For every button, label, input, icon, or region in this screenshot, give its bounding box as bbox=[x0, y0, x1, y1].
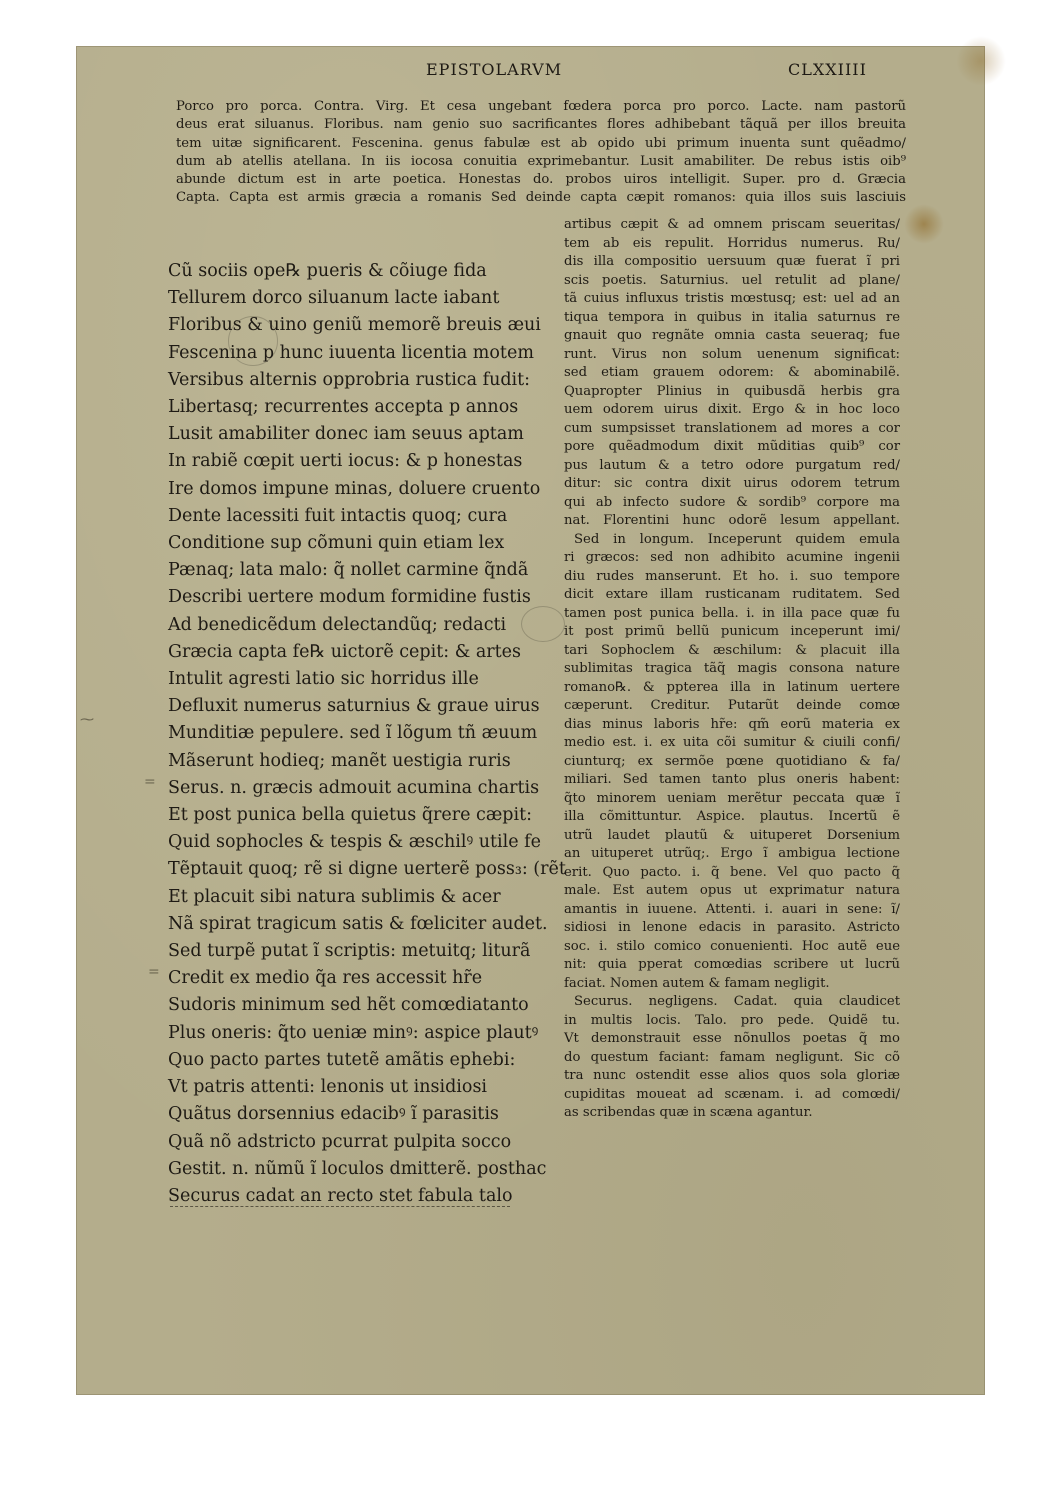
commentary-line: gnauit quo regnãte omnia casta seueraq; … bbox=[564, 327, 900, 346]
commentary-right: artibus cæpit & ad omnem priscam seuerit… bbox=[564, 216, 900, 1123]
commentary-line: uem odorem uirus dixit. Ergo & in hoc lo… bbox=[564, 401, 900, 420]
margin-pen-mark: = bbox=[148, 964, 160, 980]
commentary-line: diu rudes manserunt. Et ho. i. suo tempo… bbox=[564, 568, 900, 587]
verse-line: Describi uertere modum formidine fustis bbox=[168, 584, 558, 611]
commentary-line: soc. i. stilo comico conuenienti. Hoc au… bbox=[564, 938, 900, 957]
commentary-line: tiqua tempora in quibus in italia saturn… bbox=[564, 309, 900, 328]
verse-line: Quãtus dorsennius edacibꝰ ĩ parasitis bbox=[168, 1101, 558, 1128]
verse-line: Ire domos impune minas, doluere cruento bbox=[168, 476, 558, 503]
commentary-line: sublimitas tragica tãq̃ magis consona na… bbox=[564, 660, 900, 679]
commentary-line: Quapropter Plinius in quibusdã herbis gr… bbox=[564, 383, 900, 402]
verse-text: Cũ sociis ope℞ pueris & cõiuge fida Tell… bbox=[168, 258, 558, 1210]
verse-line: Cũ sociis ope℞ pueris & cõiuge fida bbox=[168, 258, 558, 285]
commentary-line: medio est. i. ex uita cõi sumitur & ciui… bbox=[564, 734, 900, 753]
commentary-line: tem uitæ significarent. Fescenina. genus… bbox=[176, 135, 906, 153]
commentary-line: qui ab infecto sudore & sordib⁹ corpore … bbox=[564, 494, 900, 513]
folio-number: CLXXIIII bbox=[788, 60, 867, 79]
running-head: EPISTOLARVM CLXXIIII bbox=[76, 60, 985, 86]
commentary-line: Vt demonstrauit esse nõnullos poetas q̃ … bbox=[564, 1030, 900, 1049]
verse-line: Lusit amabiliter donec iam seuus aptam bbox=[168, 421, 558, 448]
verse-line: Floribus & uino geniũ memorẽ breuis æui bbox=[168, 312, 558, 339]
commentary-line: cæperunt. Creditur. Putarũt deinde comœ bbox=[564, 697, 900, 716]
verse-line: Et post punica bella quietus q̃rere cæpi… bbox=[168, 802, 558, 829]
verse-line: Munditiæ pepulere. sed ĩ lõgum tñ æuum bbox=[168, 720, 558, 747]
verse-line: Mãserunt hodieq; manẽt uestigia ruris bbox=[168, 748, 558, 775]
margin-pen-mark: = bbox=[144, 774, 156, 790]
verse-line: Libertasq; recurrentes accepta p annos bbox=[168, 394, 558, 421]
commentary-line: do questum faciant: famam negligunt. Sic… bbox=[564, 1049, 900, 1068]
verse-end-rule bbox=[170, 1206, 510, 1207]
commentary-line: dias minus laboris hr̃e: qm̃ eorũ materi… bbox=[564, 716, 900, 735]
commentary-line: illa cõmittuntur. Aspice. plautus. Incer… bbox=[564, 808, 900, 827]
commentary-line: utrũ laudet plautũ & uituperet Dorsenium bbox=[564, 827, 900, 846]
commentary-line: Capta. Capta est armis græcia a romanis … bbox=[176, 189, 906, 207]
commentary-line: sidiosi in lenone edacis in parasito. As… bbox=[564, 919, 900, 938]
commentary-line: Porco pro porca. Contra. Virg. Et cesa u… bbox=[176, 98, 906, 116]
commentary-line: tã cuius influxus tristis mœstusq; est: … bbox=[564, 290, 900, 309]
verse-line: Versibus alternis opprobria rustica fudi… bbox=[168, 367, 558, 394]
commentary-line: erit. Quo pacto. i. q̃ bene. Vel quo pac… bbox=[564, 864, 900, 883]
verse-line: Dente lacessiti fuit intactis quoq; cura bbox=[168, 503, 558, 530]
commentary-line: deus erat siluanus. Floribus. nam genio … bbox=[176, 116, 906, 134]
verse-line: Sudoris minimum sed hẽt comœdiatanto bbox=[168, 992, 558, 1019]
commentary-line: amantis in iuuene. Attenti. i. auari in … bbox=[564, 901, 900, 920]
verse-line: Nã spirat tragicum satis & fœliciter aud… bbox=[168, 911, 558, 938]
verse-line: Gestit. n. nũmũ ĩ loculos dmitterẽ. post… bbox=[168, 1156, 558, 1183]
commentary-line: sed etiam grauem odorem: & abominabilẽ. bbox=[564, 364, 900, 383]
commentary-line: it post primũ bellũ punicum inceperunt i… bbox=[564, 623, 900, 642]
verse-line: Sed turpẽ putat ĩ scriptis: metuitq; lit… bbox=[168, 938, 558, 965]
verse-line: Quid sophocles & tespis & æschilꝰ utile … bbox=[168, 829, 558, 856]
verse-line: Tellurem dorco siluanum lacte iabant bbox=[168, 285, 558, 312]
verse-line: Credit ex medio q̃a res accessit hr̃e bbox=[168, 965, 558, 992]
water-stain bbox=[904, 204, 944, 244]
commentary-line: nat. Florentini hunc odorẽ lesum appella… bbox=[564, 512, 900, 531]
commentary-line: Sed in longum. Inceperunt quidem emula bbox=[564, 531, 900, 550]
verse-line: Vt patris attenti: lenonis ut insidiosi bbox=[168, 1074, 558, 1101]
commentary-line: runt. Virus non solum uenenum significat… bbox=[564, 346, 900, 365]
commentary-line: scis poetis. Saturnius. uel retulit ad p… bbox=[564, 272, 900, 291]
commentary-line: ri græcos: sed non adhibito acumine inge… bbox=[564, 549, 900, 568]
verse-line: Conditione sup cõmuni quin etiam lex bbox=[168, 530, 558, 557]
commentary-line: dum ab atellis atellana. In iis iocosa c… bbox=[176, 153, 906, 171]
verse-line: Plus oneris: q̃to ueniæ minꝰ: aspice pla… bbox=[168, 1020, 558, 1047]
commentary-line: tra nunc ostendit esse alios quos sola g… bbox=[564, 1067, 900, 1086]
verse-line: Fescenina p hunc iuuenta licentia motem bbox=[168, 340, 558, 367]
margin-pen-mark: ⁓ bbox=[80, 712, 94, 728]
verse-line: Tẽptauit quoq; rẽ si digne uerterẽ poss₃… bbox=[168, 856, 558, 883]
commentary-line: miliari. Sed tamen tanto plus oneris hab… bbox=[564, 771, 900, 790]
commentary-line: cupiditas moueat ad scænam. i. ad comœdi… bbox=[564, 1086, 900, 1105]
commentary-line: abunde dictum est in arte poetica. Hones… bbox=[176, 171, 906, 189]
commentary-line: Securus. negligens. Cadat. quia claudice… bbox=[564, 993, 900, 1012]
commentary-top: Porco pro porca. Contra. Virg. Et cesa u… bbox=[176, 98, 906, 208]
commentary-line: dis illa compositio uersuum quæ fuerat ĩ… bbox=[564, 253, 900, 272]
commentary-line: tari Sophoclem & æschilum: & placuit ill… bbox=[564, 642, 900, 661]
commentary-line: male. Est autem opus ut exprimatur natur… bbox=[564, 882, 900, 901]
verse-line: Quã nõ adstricto pcurrat pulpita socco bbox=[168, 1129, 558, 1156]
commentary-line: in multis locis. Talo. pro pede. Quidẽ t… bbox=[564, 1012, 900, 1031]
commentary-line: as scribendas quæ in scæna agantur. bbox=[564, 1104, 900, 1123]
commentary-line: dicit extare illam rusticanam ruditatem.… bbox=[564, 586, 900, 605]
commentary-line: an uituperet utrũq;. Ergo ĩ ambigua lect… bbox=[564, 845, 900, 864]
commentary-line: tamen post punica bella. i. in illa pace… bbox=[564, 605, 900, 624]
verse-line: Pænaq; lata malo: q̃ nollet carmine q̃nd… bbox=[168, 557, 558, 584]
verse-line: In rabiẽ cœpit uerti iocus: & p honestas bbox=[168, 448, 558, 475]
commentary-line: artibus cæpit & ad omnem priscam seuerit… bbox=[564, 216, 900, 235]
verse-line: Quo pacto partes tutetẽ amãtis ephebi: bbox=[168, 1047, 558, 1074]
commentary-line: cum sumpsisset translationem ad mores a … bbox=[564, 420, 900, 439]
book-page: EPISTOLARVM CLXXIIII Porco pro porca. Co… bbox=[76, 46, 985, 1395]
verse-line: Serus. n. græcis admouit acumina chartis bbox=[168, 775, 558, 802]
running-title: EPISTOLARVM bbox=[426, 60, 562, 79]
verse-line: Intulit agresti latio sic horridus ille bbox=[168, 666, 558, 693]
commentary-line: ditur: sic contra dixit uirus odorem tet… bbox=[564, 475, 900, 494]
commentary-line: pus lautum & a tetro odore purgatum red/ bbox=[564, 457, 900, 476]
commentary-line: faciat. Nomen autem & famam negligit. bbox=[564, 975, 900, 994]
commentary-line: tem ab eis repulit. Horridus numerus. Ru… bbox=[564, 235, 900, 254]
verse-line: Defluxit numerus saturnius & graue uirus bbox=[168, 693, 558, 720]
verse-line: Græcia capta fe℞ uictorẽ cepit: & artes bbox=[168, 639, 558, 666]
commentary-line: pore quẽadmodum dixit mũditias quib⁹ cor bbox=[564, 438, 900, 457]
commentary-line: romano℞. & ppterea illa in latinum uerte… bbox=[564, 679, 900, 698]
commentary-line: q̃to minorem ueniam merẽtur peccata quæ … bbox=[564, 790, 900, 809]
verse-line: Ad benedicẽdum delectandũq; redacti bbox=[168, 612, 558, 639]
commentary-line: nit: quia pperat comœdias scribere ut lu… bbox=[564, 956, 900, 975]
verse-line: Et placuit sibi natura sublimis & acer bbox=[168, 884, 558, 911]
commentary-line: ciunturq; ex sermõe pœne quotidiano & fa… bbox=[564, 753, 900, 772]
